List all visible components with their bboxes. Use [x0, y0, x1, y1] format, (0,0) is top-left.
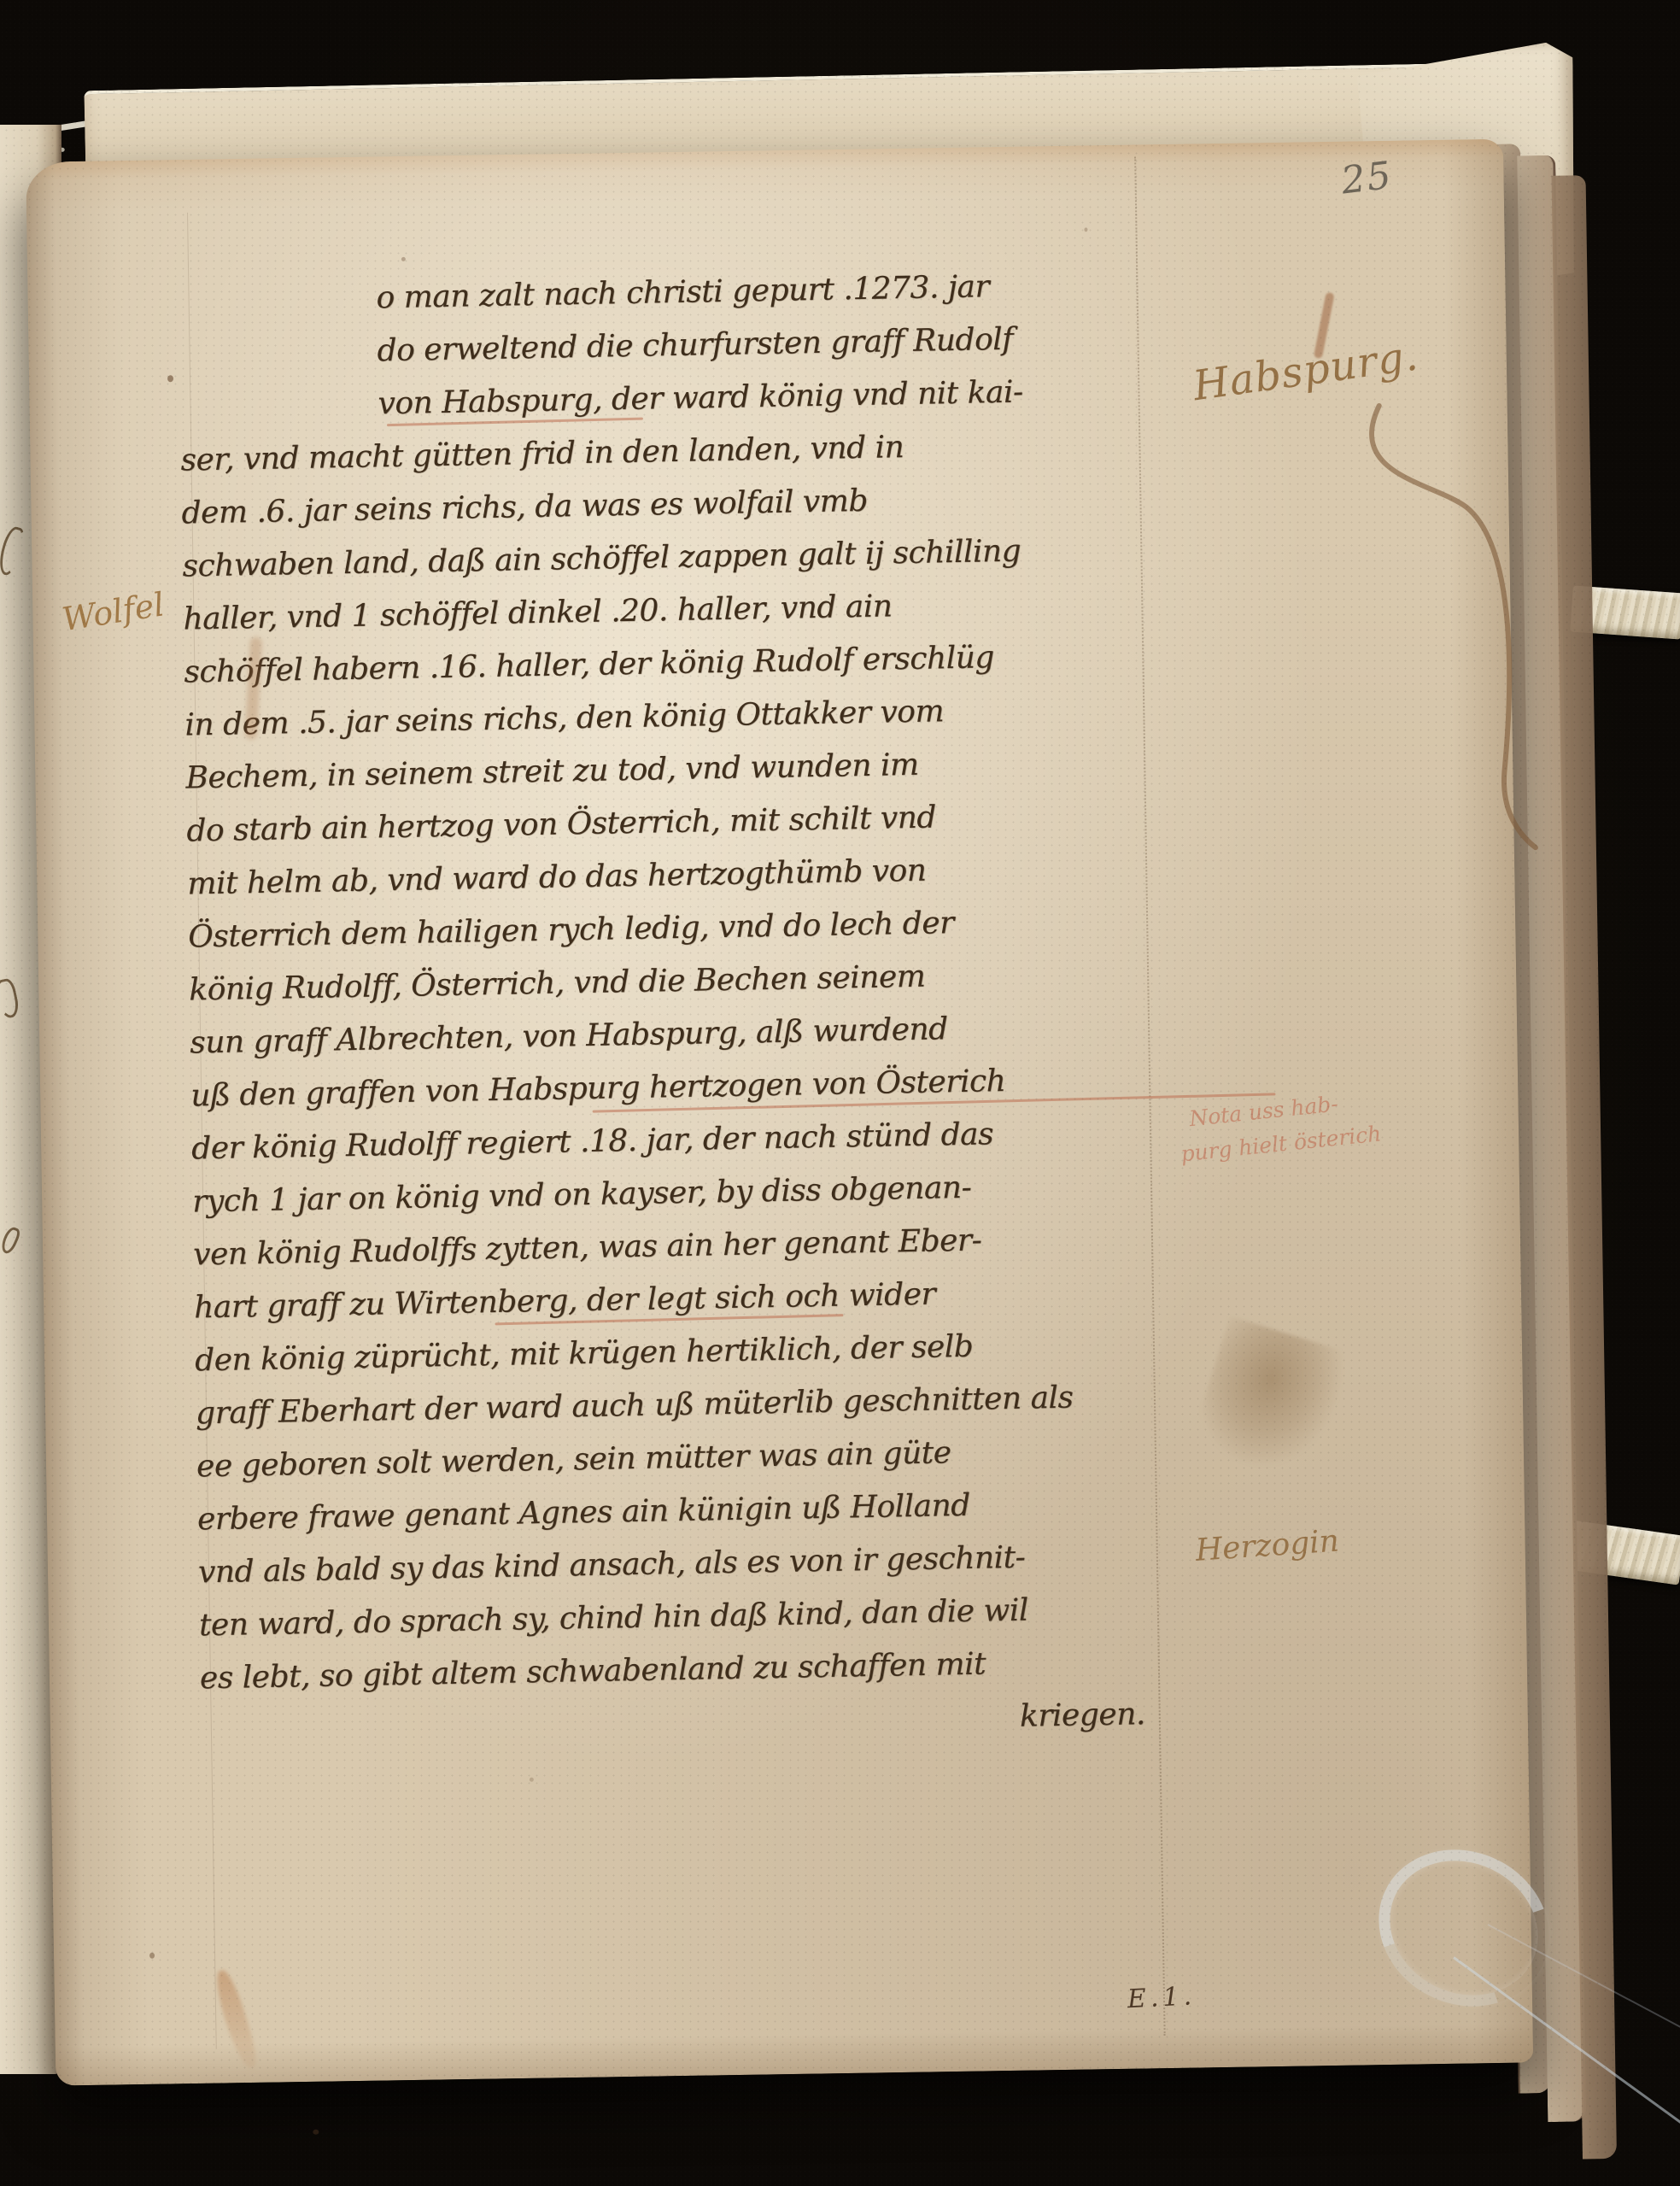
- manuscript-photo: 25 o man zalt nach christi gepurt .1273.…: [0, 0, 1680, 2186]
- water-stain: [211, 1967, 260, 2072]
- margin-note-herzogin: Herzogin: [1194, 1524, 1340, 1568]
- foxing-spot: [167, 375, 173, 382]
- foxing-spot: [530, 1778, 534, 1782]
- foxing-spot: [313, 2130, 319, 2135]
- ink-fragment: [0, 1225, 22, 1256]
- text-block: o man zalt nach christi gepurt .1273. ja…: [178, 259, 1200, 1757]
- foxing-spot: [401, 257, 406, 261]
- pen-flourish: [1250, 369, 1540, 886]
- margin-note-wolfel: Wolfel: [60, 585, 167, 638]
- quire-signature: E.1.: [1127, 1981, 1197, 2014]
- ink-fragment: [0, 525, 27, 577]
- manuscript-page: 25 o man zalt nach christi gepurt .1273.…: [26, 139, 1533, 2086]
- folio-number: 25: [1339, 154, 1396, 203]
- foxing-spot: [1084, 227, 1087, 231]
- book: 25 o man zalt nach christi gepurt .1273.…: [26, 137, 1654, 2126]
- foxing-spot: [867, 1406, 872, 1411]
- water-stain: [1190, 1316, 1352, 1485]
- ink-fragment: [0, 977, 21, 1020]
- foxing-spot: [149, 1953, 155, 1959]
